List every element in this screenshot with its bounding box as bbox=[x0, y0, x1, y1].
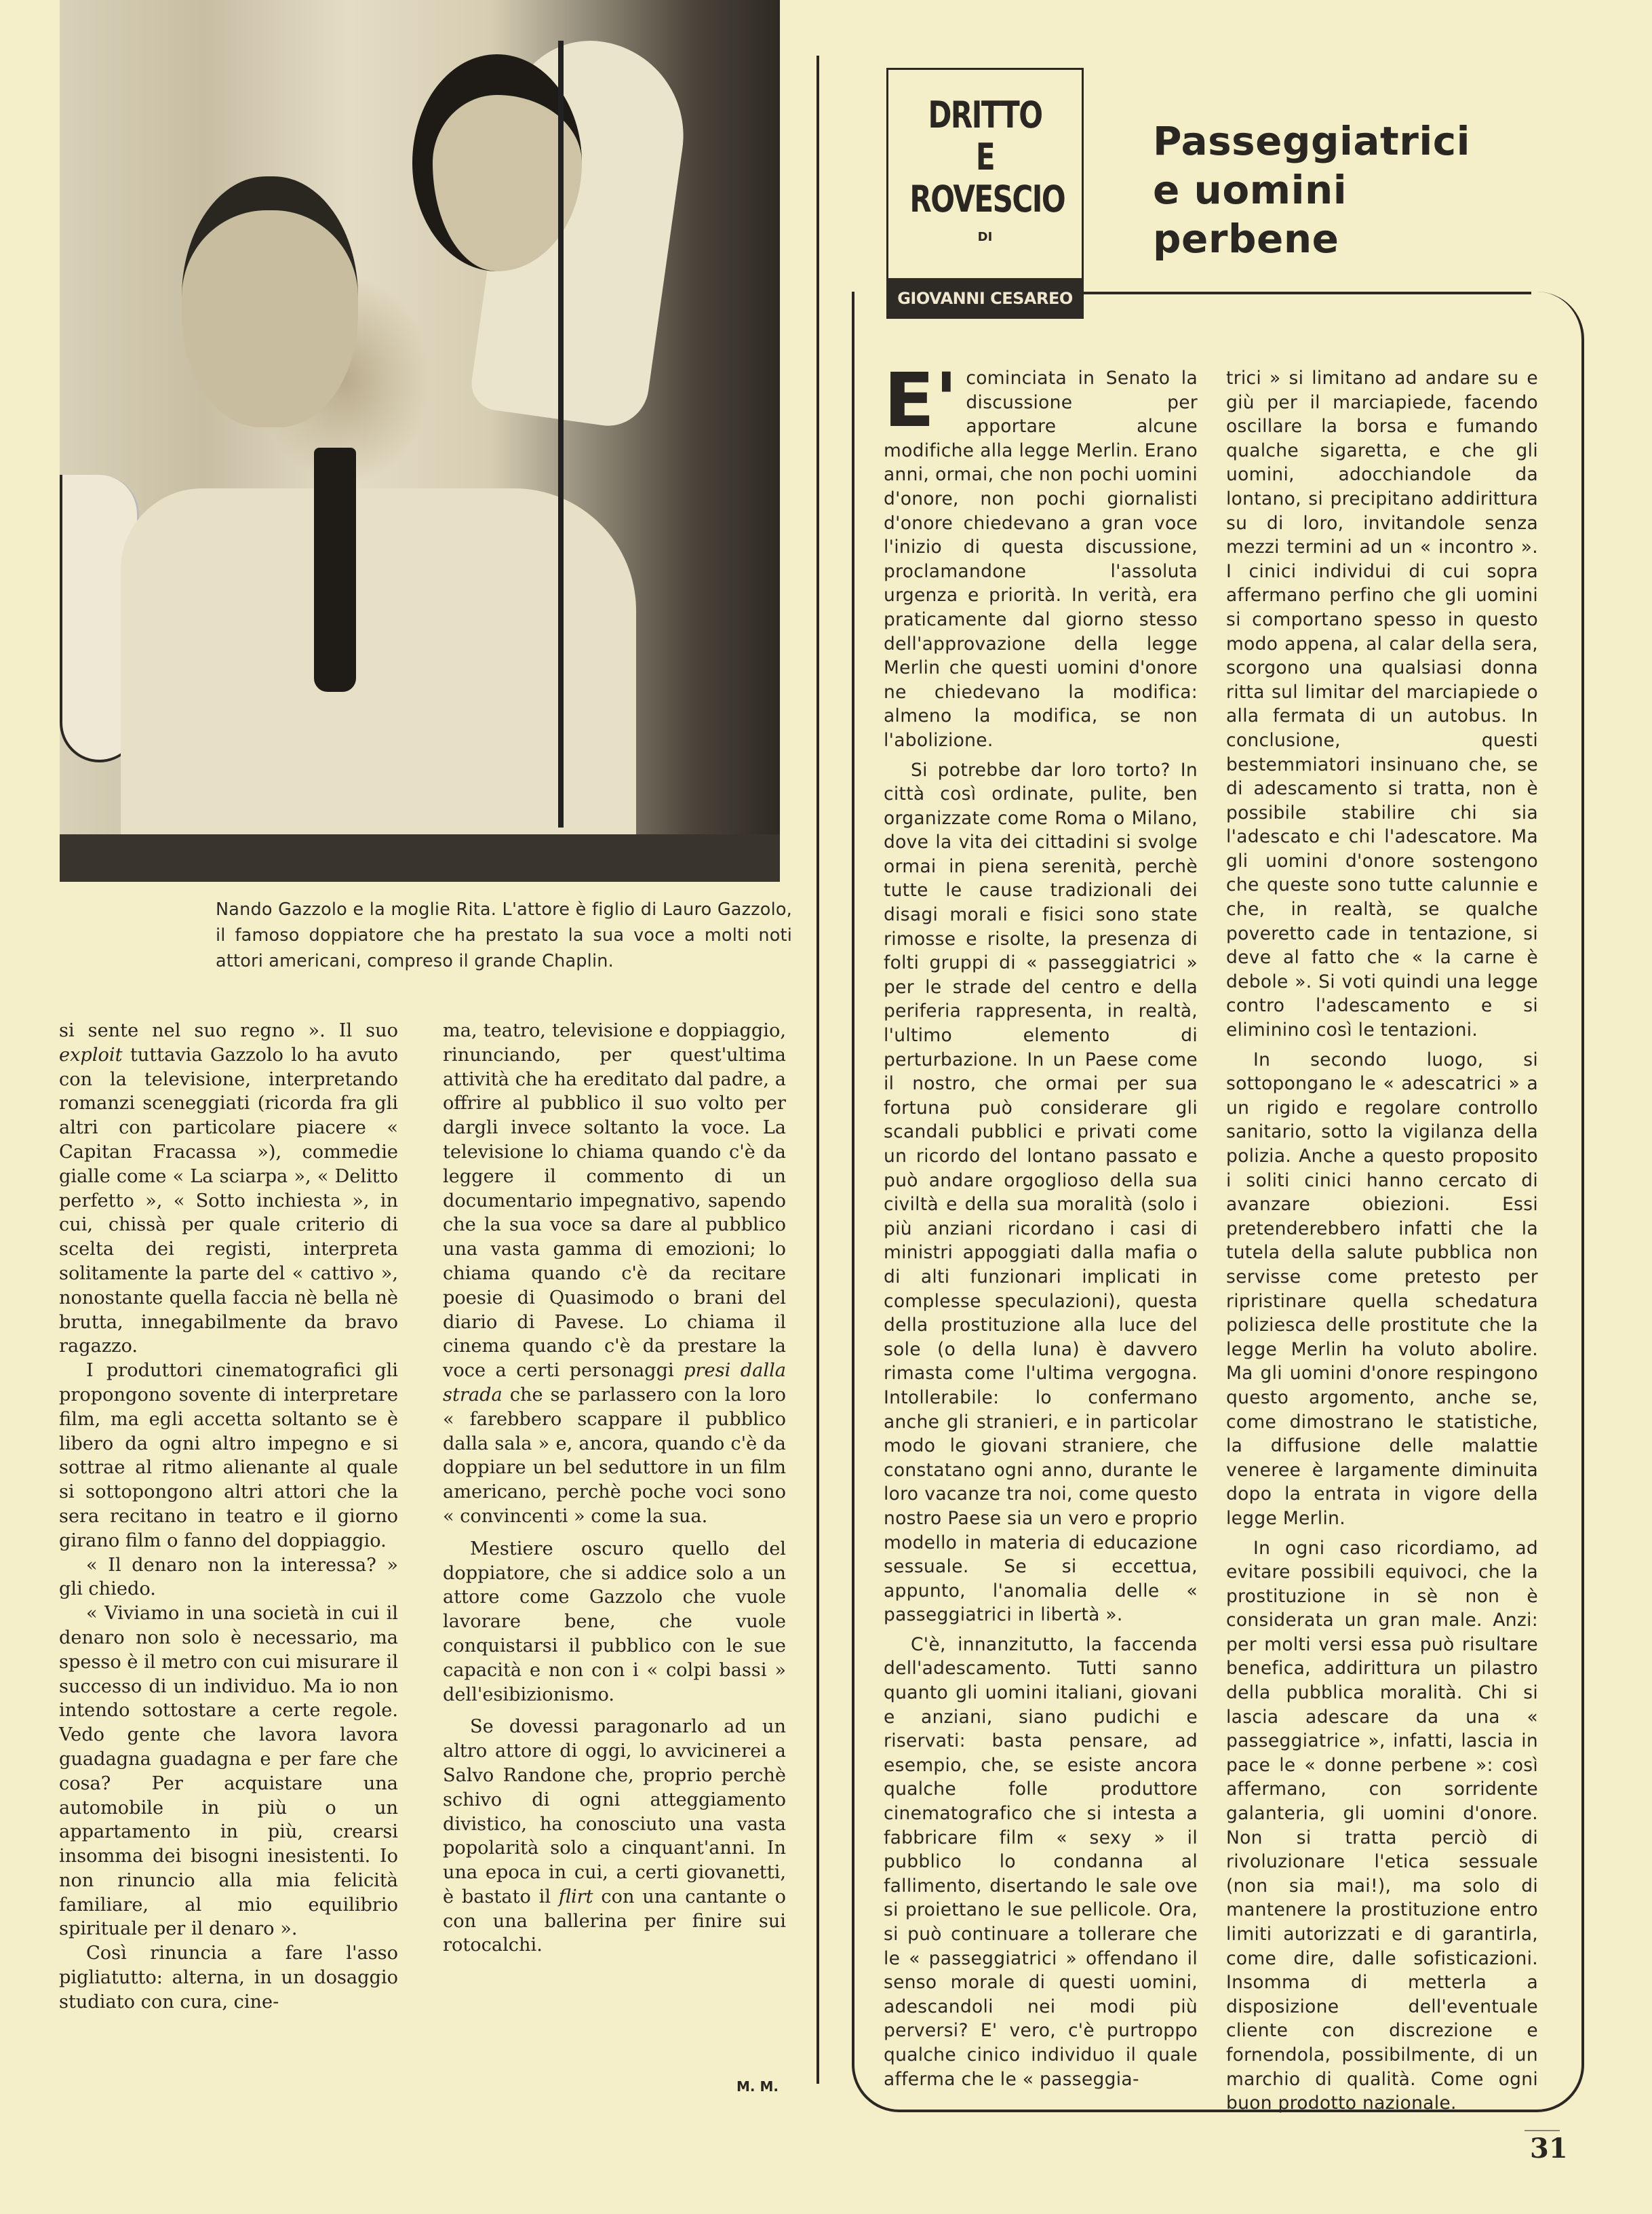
rubric-by: DI bbox=[888, 230, 1082, 244]
photo-woman-head bbox=[412, 54, 582, 271]
paragraph: E'cominciata in Senato la discussione pe… bbox=[884, 366, 1198, 753]
paragraph: Mestiere oscuro quello del doppiatore, c… bbox=[443, 1537, 786, 1707]
right-article-column-2: trici » si limitano ad andare su e giù p… bbox=[1226, 366, 1538, 2116]
photo-man-tie bbox=[314, 448, 356, 692]
article-photo bbox=[60, 0, 780, 882]
photo-film-strip bbox=[558, 41, 564, 828]
paragraph: In ogni caso ricordiamo, ad evitare poss… bbox=[1226, 1536, 1538, 2116]
right-article-column-1: E'cominciata in Senato la discussione pe… bbox=[884, 366, 1198, 2091]
left-article-column-2: ma, teatro, televisione e doppiaggio, ri… bbox=[443, 1019, 786, 1958]
author-signature: M. M. bbox=[736, 2078, 779, 2095]
author-name: GIOVANNI CESAREO bbox=[886, 278, 1084, 319]
paragraph: trici » si limitano ad andare su e giù p… bbox=[1226, 366, 1538, 1043]
paragraph: si sente nel suo regno ». Il suo exploit… bbox=[59, 1019, 398, 1359]
paragraph: I produttori cinematografici gli propong… bbox=[59, 1359, 398, 1553]
rubric-title: DRITTO E ROVESCIO bbox=[909, 94, 1060, 220]
paragraph: Così rinuncia a fare l'asso pigliatutto:… bbox=[59, 1941, 398, 2014]
page-number: 31 bbox=[1530, 2133, 1568, 2164]
page-number-rule bbox=[1525, 2130, 1560, 2131]
paragraph: ma, teatro, televisione e doppiaggio, ri… bbox=[443, 1019, 786, 1529]
photo-caption: Nando Gazzolo e la moglie Rita. L'attore… bbox=[216, 897, 792, 974]
paragraph: C'è, innanzitutto, la faccenda dell'ades… bbox=[884, 1633, 1198, 2091]
column-rubric: DRITTO E ROVESCIO DI bbox=[886, 68, 1084, 280]
photo-man-head bbox=[182, 176, 358, 427]
column-divider bbox=[817, 56, 819, 2084]
paragraph: In secondo luogo, si sottopongano le « a… bbox=[1226, 1048, 1538, 1531]
paragraph: Si potrebbe dar loro torto? In città cos… bbox=[884, 758, 1198, 1627]
paragraph: « Il denaro non la interessa? » gli chie… bbox=[59, 1553, 398, 1602]
drop-cap: E' bbox=[884, 369, 958, 431]
paragraph: « Viviamo in una società in cui il denar… bbox=[59, 1601, 398, 1941]
article-box-top-border bbox=[1084, 292, 1531, 294]
left-article-column-1: si sente nel suo regno ». Il suo exploit… bbox=[59, 1019, 398, 2015]
article-headline: Passeggiatrici e uomini perbene bbox=[1153, 117, 1573, 263]
paragraph: Se dovessi paragonarlo ad un altro attor… bbox=[443, 1715, 786, 1958]
photo-desk bbox=[60, 834, 780, 882]
